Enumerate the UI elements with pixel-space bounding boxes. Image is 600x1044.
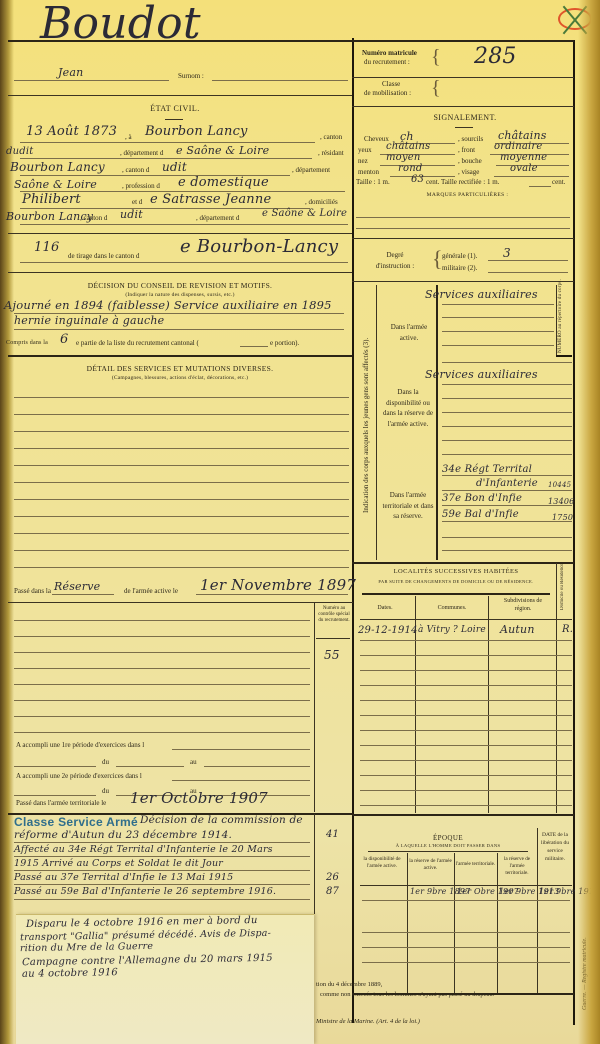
divider xyxy=(8,355,353,357)
divider xyxy=(352,238,574,239)
active-corps: Services auxiliaires xyxy=(425,288,538,301)
residence-canton: udit xyxy=(162,160,187,174)
localites-col-communes: Communes. xyxy=(416,605,488,611)
corps-side-label: Indication des corps auxquels les jeunes… xyxy=(362,300,370,550)
label: cent. xyxy=(552,178,565,186)
territoriale-label: Dans l'armée territoriale et dans sa rés… xyxy=(380,490,436,522)
line xyxy=(52,594,114,595)
note-num-2: 41 xyxy=(326,829,339,840)
label: du xyxy=(102,787,109,795)
label: militaire (2). xyxy=(442,264,477,272)
divider xyxy=(8,602,353,603)
epoque-col-disponibilite: la disponibilité de l'armée active. xyxy=(358,856,406,870)
localites-col-domicile: Domicile ou Résidence xyxy=(560,566,565,610)
divider xyxy=(8,95,353,96)
localite-type: R. xyxy=(562,624,573,635)
label: , profession d xyxy=(122,182,160,190)
localite-subdivision: Autun xyxy=(500,623,535,636)
label: Passé dans la xyxy=(14,587,51,595)
residence-departement: Saône & Loire xyxy=(14,178,97,191)
birth-place: Bourbon Lancy xyxy=(145,124,248,139)
divider xyxy=(8,272,353,273)
visage: ovale xyxy=(510,163,538,174)
localites-title: LOCALITÉS SUCCESSIVES HABITÉES xyxy=(356,568,556,575)
column-border xyxy=(407,853,408,993)
line xyxy=(14,329,344,330)
decision-text-1: Ajourné en 1894 (faiblesse) Service auxi… xyxy=(4,298,332,312)
label: Passé dans l'armée territoriale le xyxy=(16,799,106,807)
line xyxy=(488,260,568,261)
divider xyxy=(352,77,574,78)
label: nez xyxy=(358,157,368,165)
etat-civil-title: ÉTAT CIVIL. xyxy=(100,104,250,113)
label: d'instruction : xyxy=(360,262,430,270)
label: , canton xyxy=(320,133,342,141)
column-border xyxy=(376,285,377,560)
label: A accompli une 1re période d'exercices d… xyxy=(16,741,144,749)
localite-commune: à Vitry ? Loire xyxy=(418,625,486,635)
label: e partie de la liste du recrutement cant… xyxy=(76,339,199,347)
label: e portion). xyxy=(270,339,299,347)
birth-departement: e Saône & Loire xyxy=(176,144,269,157)
column-border xyxy=(314,602,315,812)
label: Classe xyxy=(382,80,400,88)
footer-line-1: tion du 4 décembre 1889, xyxy=(316,981,382,988)
label: yeux xyxy=(358,146,372,154)
label: générale (1). xyxy=(442,252,477,260)
column-border xyxy=(314,814,315,914)
surnom-label: Surnom : xyxy=(178,72,204,80)
line xyxy=(204,766,310,767)
brace-icon: { xyxy=(431,46,441,69)
residence: Bourbon Lancy xyxy=(10,160,105,174)
column-border xyxy=(352,38,354,1023)
column-border xyxy=(488,596,489,813)
divider xyxy=(556,355,572,357)
territoriale-num-3: 13406 xyxy=(548,497,574,506)
label: de tirage dans le canton d xyxy=(68,252,139,260)
divider xyxy=(8,233,353,234)
territoriale-num-4: 1750 xyxy=(552,513,573,522)
footer-line-2: comme non exercés tous les hommes n'ayan… xyxy=(320,991,494,998)
surnom-line xyxy=(212,80,348,81)
territoriale-corps-3: 37e Bon d'Infie xyxy=(442,493,522,504)
label: de mobilisation : xyxy=(364,89,411,97)
territoriale-corps-4: 59e Bal d'Infie xyxy=(442,509,519,520)
note-line-6: Passé au 59e Bal d'Infanterie le 26 sept… xyxy=(14,886,276,897)
pasted-line-4: Campagne contre l'Allemagne du 20 mars 1… xyxy=(22,953,273,968)
line xyxy=(20,158,312,159)
pasted-line-5: au 4 octobre 1916 xyxy=(22,967,118,980)
divider xyxy=(362,593,550,595)
numero-repertoire-label: NUMÉRO au répertoire du corps. xyxy=(558,298,563,353)
parents-canton: udit xyxy=(120,208,143,221)
first-name: Jean xyxy=(58,66,83,79)
decision-title: DÉCISION DU CONSEIL DE REVISION ET MOTIF… xyxy=(20,281,340,290)
label: du xyxy=(102,758,109,766)
menton: rond xyxy=(398,163,422,174)
line xyxy=(172,749,310,750)
line xyxy=(196,594,348,595)
label: cent. Taille rectifiée : 1 m. xyxy=(426,178,499,186)
line xyxy=(529,186,551,187)
epoque-title: ÉPOQUE xyxy=(358,834,538,842)
divider xyxy=(352,106,574,107)
divider xyxy=(165,119,183,120)
signalement-title: SIGNALEMENT. xyxy=(400,113,530,122)
pencil-mark-icon xyxy=(558,8,592,30)
divider xyxy=(8,40,353,42)
epoque-col-reserve-active: la réserve de l'armée active. xyxy=(408,858,453,872)
label: et d xyxy=(132,198,142,206)
label: menton xyxy=(358,168,379,176)
first-name-line xyxy=(14,80,169,81)
pasted-line-3: rition du Mre de la Guerre xyxy=(20,941,153,954)
label: A accompli une 2e période d'exercices da… xyxy=(16,772,142,780)
territoriale-date: 1er Octobre 1907 xyxy=(130,789,268,807)
line xyxy=(116,766,184,767)
divider xyxy=(352,814,574,816)
divider xyxy=(360,619,572,620)
liberation-title: DATE de la libération du service militai… xyxy=(538,831,572,863)
column-border xyxy=(454,853,455,993)
label: , résidant xyxy=(318,149,344,157)
localites-col-dates: Dates. xyxy=(356,605,414,611)
note-line-5: Passé au 37e Territal d'Infie le 13 Mai … xyxy=(14,872,233,883)
decision-text-2: hernie inguinale à gauche xyxy=(14,314,164,327)
divider xyxy=(352,40,574,42)
front: ordinaire xyxy=(494,141,543,152)
divider xyxy=(360,885,572,886)
divider xyxy=(352,281,574,282)
active-label: Dans l'armée active. xyxy=(385,322,433,344)
services-subtitle: (Campagnes, blessures, actions d'éclat, … xyxy=(40,375,320,381)
line xyxy=(488,272,568,273)
tirage-canton: e Bourbon-Lancy xyxy=(180,236,338,257)
liberation-date: 1er 9bre 1919 xyxy=(539,887,599,896)
canton: dudit xyxy=(6,146,33,157)
line xyxy=(20,142,315,143)
mother-name: e Satrasse Jeanne xyxy=(150,192,271,207)
instruction-generale: 3 xyxy=(503,246,511,260)
numero-controle-label: Numéro au contrôle spécial du recrutemen… xyxy=(316,606,352,624)
brace-icon: { xyxy=(432,246,443,272)
parents-departement: e Saône & Loire xyxy=(262,208,347,219)
divider xyxy=(368,851,528,852)
localite-date: 29-12-1914 xyxy=(358,625,418,636)
line xyxy=(240,346,268,347)
label: Taille : 1 m. xyxy=(356,178,390,186)
marques-label: MARQUES PARTICULIÈRES : xyxy=(380,192,555,198)
territoriale-num-2: 10445 xyxy=(548,481,571,489)
passe-value: Réserve xyxy=(54,580,100,593)
label: Numéro matricule xyxy=(362,49,417,57)
birth-date: 13 Août 1873 xyxy=(26,124,117,139)
label: , canton d xyxy=(122,166,149,174)
father-name: Philibert xyxy=(22,192,81,207)
brace-icon: { xyxy=(431,77,441,100)
nez: moyen xyxy=(386,152,421,163)
divider xyxy=(352,562,574,564)
bouche: moyenne xyxy=(500,152,547,163)
services-title: DÉTAIL DES SERVICES ET MUTATIONS DIVERSE… xyxy=(20,364,340,373)
label: Degré xyxy=(365,251,425,259)
note-num-6: 87 xyxy=(326,886,339,897)
line xyxy=(356,217,570,218)
line xyxy=(14,795,96,796)
footer-side-text: Guerre. — Registre matricule. xyxy=(582,900,588,1010)
label: au xyxy=(190,758,197,766)
reserve-date: 1er Novembre 1897 xyxy=(200,576,356,594)
label: , canton d xyxy=(80,214,107,222)
epoque-subtitle: À LAQUELLE L'HOMME DOIT PASSER DANS xyxy=(358,843,538,848)
label: , département d xyxy=(120,149,163,157)
label: de l'armée active le xyxy=(124,587,178,595)
label: Compris dans la xyxy=(6,340,48,346)
tirage-number: 116 xyxy=(34,240,59,255)
label: , front xyxy=(458,146,475,154)
surname: Boudot xyxy=(40,0,201,54)
divider xyxy=(316,638,350,639)
yeux: châtains xyxy=(386,141,430,152)
reserve-corps: Services auxiliaires xyxy=(425,368,538,381)
label: , département xyxy=(292,166,330,174)
note-line-1: Décision de la commission de xyxy=(140,814,303,826)
label: du recrutement : xyxy=(364,58,410,66)
label: , bouche xyxy=(458,157,482,165)
numero-controle-value: 55 xyxy=(324,648,340,662)
label: , sourcils xyxy=(458,135,483,143)
reserve-label: Dans la disponibilité ou dans la réserve… xyxy=(380,387,436,429)
profession: e domestique xyxy=(178,175,269,190)
line xyxy=(356,228,570,229)
epoque-col-territoriale: l'armée territoriale. xyxy=(455,861,496,868)
line xyxy=(172,780,310,781)
localites-subtitle: PAR SUITE DE CHANGEMENTS DE DOMICILE OU … xyxy=(356,579,556,584)
register-page: Boudot Jean Surnom : ÉTAT CIVIL. 13 Août… xyxy=(0,0,600,1044)
note-num-5: 26 xyxy=(326,872,339,883)
label: , domiciliés xyxy=(305,198,338,206)
territoriale-corps-1: 34e Régt Territal xyxy=(442,464,532,475)
label: , visage xyxy=(458,168,479,176)
column-border xyxy=(556,285,557,355)
line xyxy=(14,766,96,767)
matricule-number: 285 xyxy=(474,44,517,69)
note-line-3: Affecté au 34e Régt Territal d'Infanteri… xyxy=(14,844,273,855)
line xyxy=(494,176,569,177)
classe-service-arme-stamp: Classe Service Armé xyxy=(14,815,138,829)
note-line-4: 1915 Arrivé au Corps et Soldat le dit Jo… xyxy=(14,858,223,869)
liste-partie: 6 xyxy=(60,332,68,347)
footer-line-3: Ministre de la Marine. (Art. 4 de la loi… xyxy=(316,1018,420,1025)
line xyxy=(20,224,348,225)
brace-line xyxy=(436,285,438,560)
column-border xyxy=(573,40,575,1025)
epoque-col-reserve-territoriale: la réserve de l'armée territoriale. xyxy=(498,856,536,877)
line xyxy=(20,262,348,263)
taille: 63 xyxy=(411,174,424,185)
label: , à xyxy=(125,133,132,141)
divider xyxy=(455,127,473,128)
note-line-2: réforme d'Autun du 23 décembre 1914. xyxy=(14,829,232,841)
pasted-note-slip: Disparu le 4 octobre 1916 en mer à bord … xyxy=(16,914,314,1044)
label: , département d xyxy=(196,214,239,222)
territoriale-corps-2: d'Infanterie xyxy=(476,478,538,489)
localites-col-subdivisions: Subdivisions de région. xyxy=(496,597,550,613)
